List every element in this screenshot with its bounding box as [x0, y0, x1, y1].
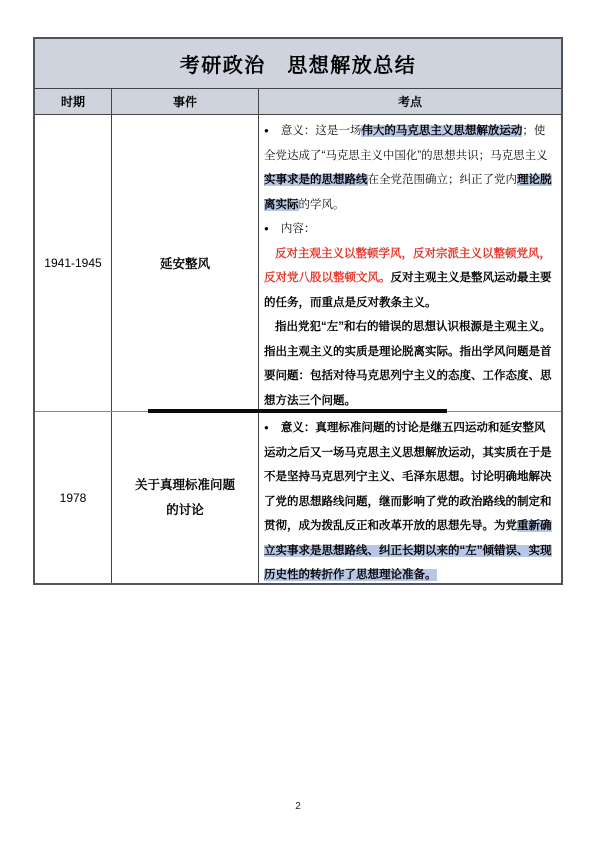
event-label: 关于真理标准问题的讨论 [129, 473, 241, 523]
table-header-row: 时期 事件 考点 [35, 89, 561, 115]
text-segment: 意义：这是一场 [281, 125, 362, 137]
points-cell: ●意义：这是一场伟大的马克思主义思想解放运动；使全党达成了“马克思主义中国化”的… [259, 115, 561, 411]
bullet-icon: ● [264, 119, 269, 144]
highlight-segment: 实事求是的思想路线 [264, 174, 368, 186]
summary-table: 考研政治 思想解放总结 时期 事件 考点 1941-1945 延安整风 ●意义：… [33, 37, 563, 585]
paragraph-meaning: ●意义：真理标准问题的讨论是继五四运动和延安整风运动之后又一场马克思主义思想解放… [264, 416, 556, 583]
paragraph-subjectivism: 指出党犯“左”和右的错误的思想认识根源是主观主义。指出主观主义的实质是理论脱离实… [264, 315, 556, 411]
header-cell-period: 时期 [35, 89, 112, 114]
bold-segment: 指出党犯“左”和右的错误的思想认识根源是主观主义。指出主观主义的实质是理论脱离实… [264, 321, 552, 407]
highlight-segment: 伟大的马克思主义思想解放运动 [361, 125, 522, 137]
table-title: 考研政治 思想解放总结 [35, 39, 561, 89]
paragraph-content: ●内容： [264, 217, 556, 242]
points-cell: ●意义：真理标准问题的讨论是继五四运动和延安整风运动之后又一场马克思主义思想解放… [259, 412, 561, 583]
table-row-yanan: 1941-1945 延安整风 ●意义：这是一场伟大的马克思主义思想解放运动；使全… [35, 115, 561, 412]
header-cell-event: 事件 [112, 89, 259, 114]
paragraph-meaning: ●意义：这是一场伟大的马克思主义思想解放运动；使全党达成了“马克思主义中国化”的… [264, 119, 556, 217]
table-row-truth-criterion: 1978 关于真理标准问题的讨论 ●意义：真理标准问题的讨论是继五四运动和延安整… [35, 412, 561, 583]
bullet-icon: ● [264, 416, 269, 441]
event-label: 延安整风 [160, 254, 210, 272]
text-segment: 内容： [281, 223, 316, 235]
text-segment: 的学风。 [299, 199, 345, 211]
header-cell-points: 考点 [259, 89, 561, 114]
period-cell: 1978 [35, 412, 112, 583]
bold-segment: 意义：真理标准问题的讨论是继五四运动和延安整风运动之后又一场马克思主义思想解放运… [264, 422, 552, 532]
event-cell: 关于真理标准问题的讨论 [112, 412, 259, 583]
thick-divider-line [148, 409, 447, 413]
page-title: 考研政治 思想解放总结 [180, 49, 417, 78]
period-cell: 1941-1945 [35, 115, 112, 411]
event-cell: 延安整风 [112, 115, 259, 411]
page-number: 2 [0, 801, 596, 812]
text-segment: 在全党范围确立；纠正了党内 [368, 174, 518, 186]
bullet-icon: ● [264, 217, 269, 242]
paragraph-three-opposes: 反对主观主义以整顿学风，反对宗派主义以整顿党风，反对党八股以整顿文风。反对主观主… [264, 242, 556, 316]
